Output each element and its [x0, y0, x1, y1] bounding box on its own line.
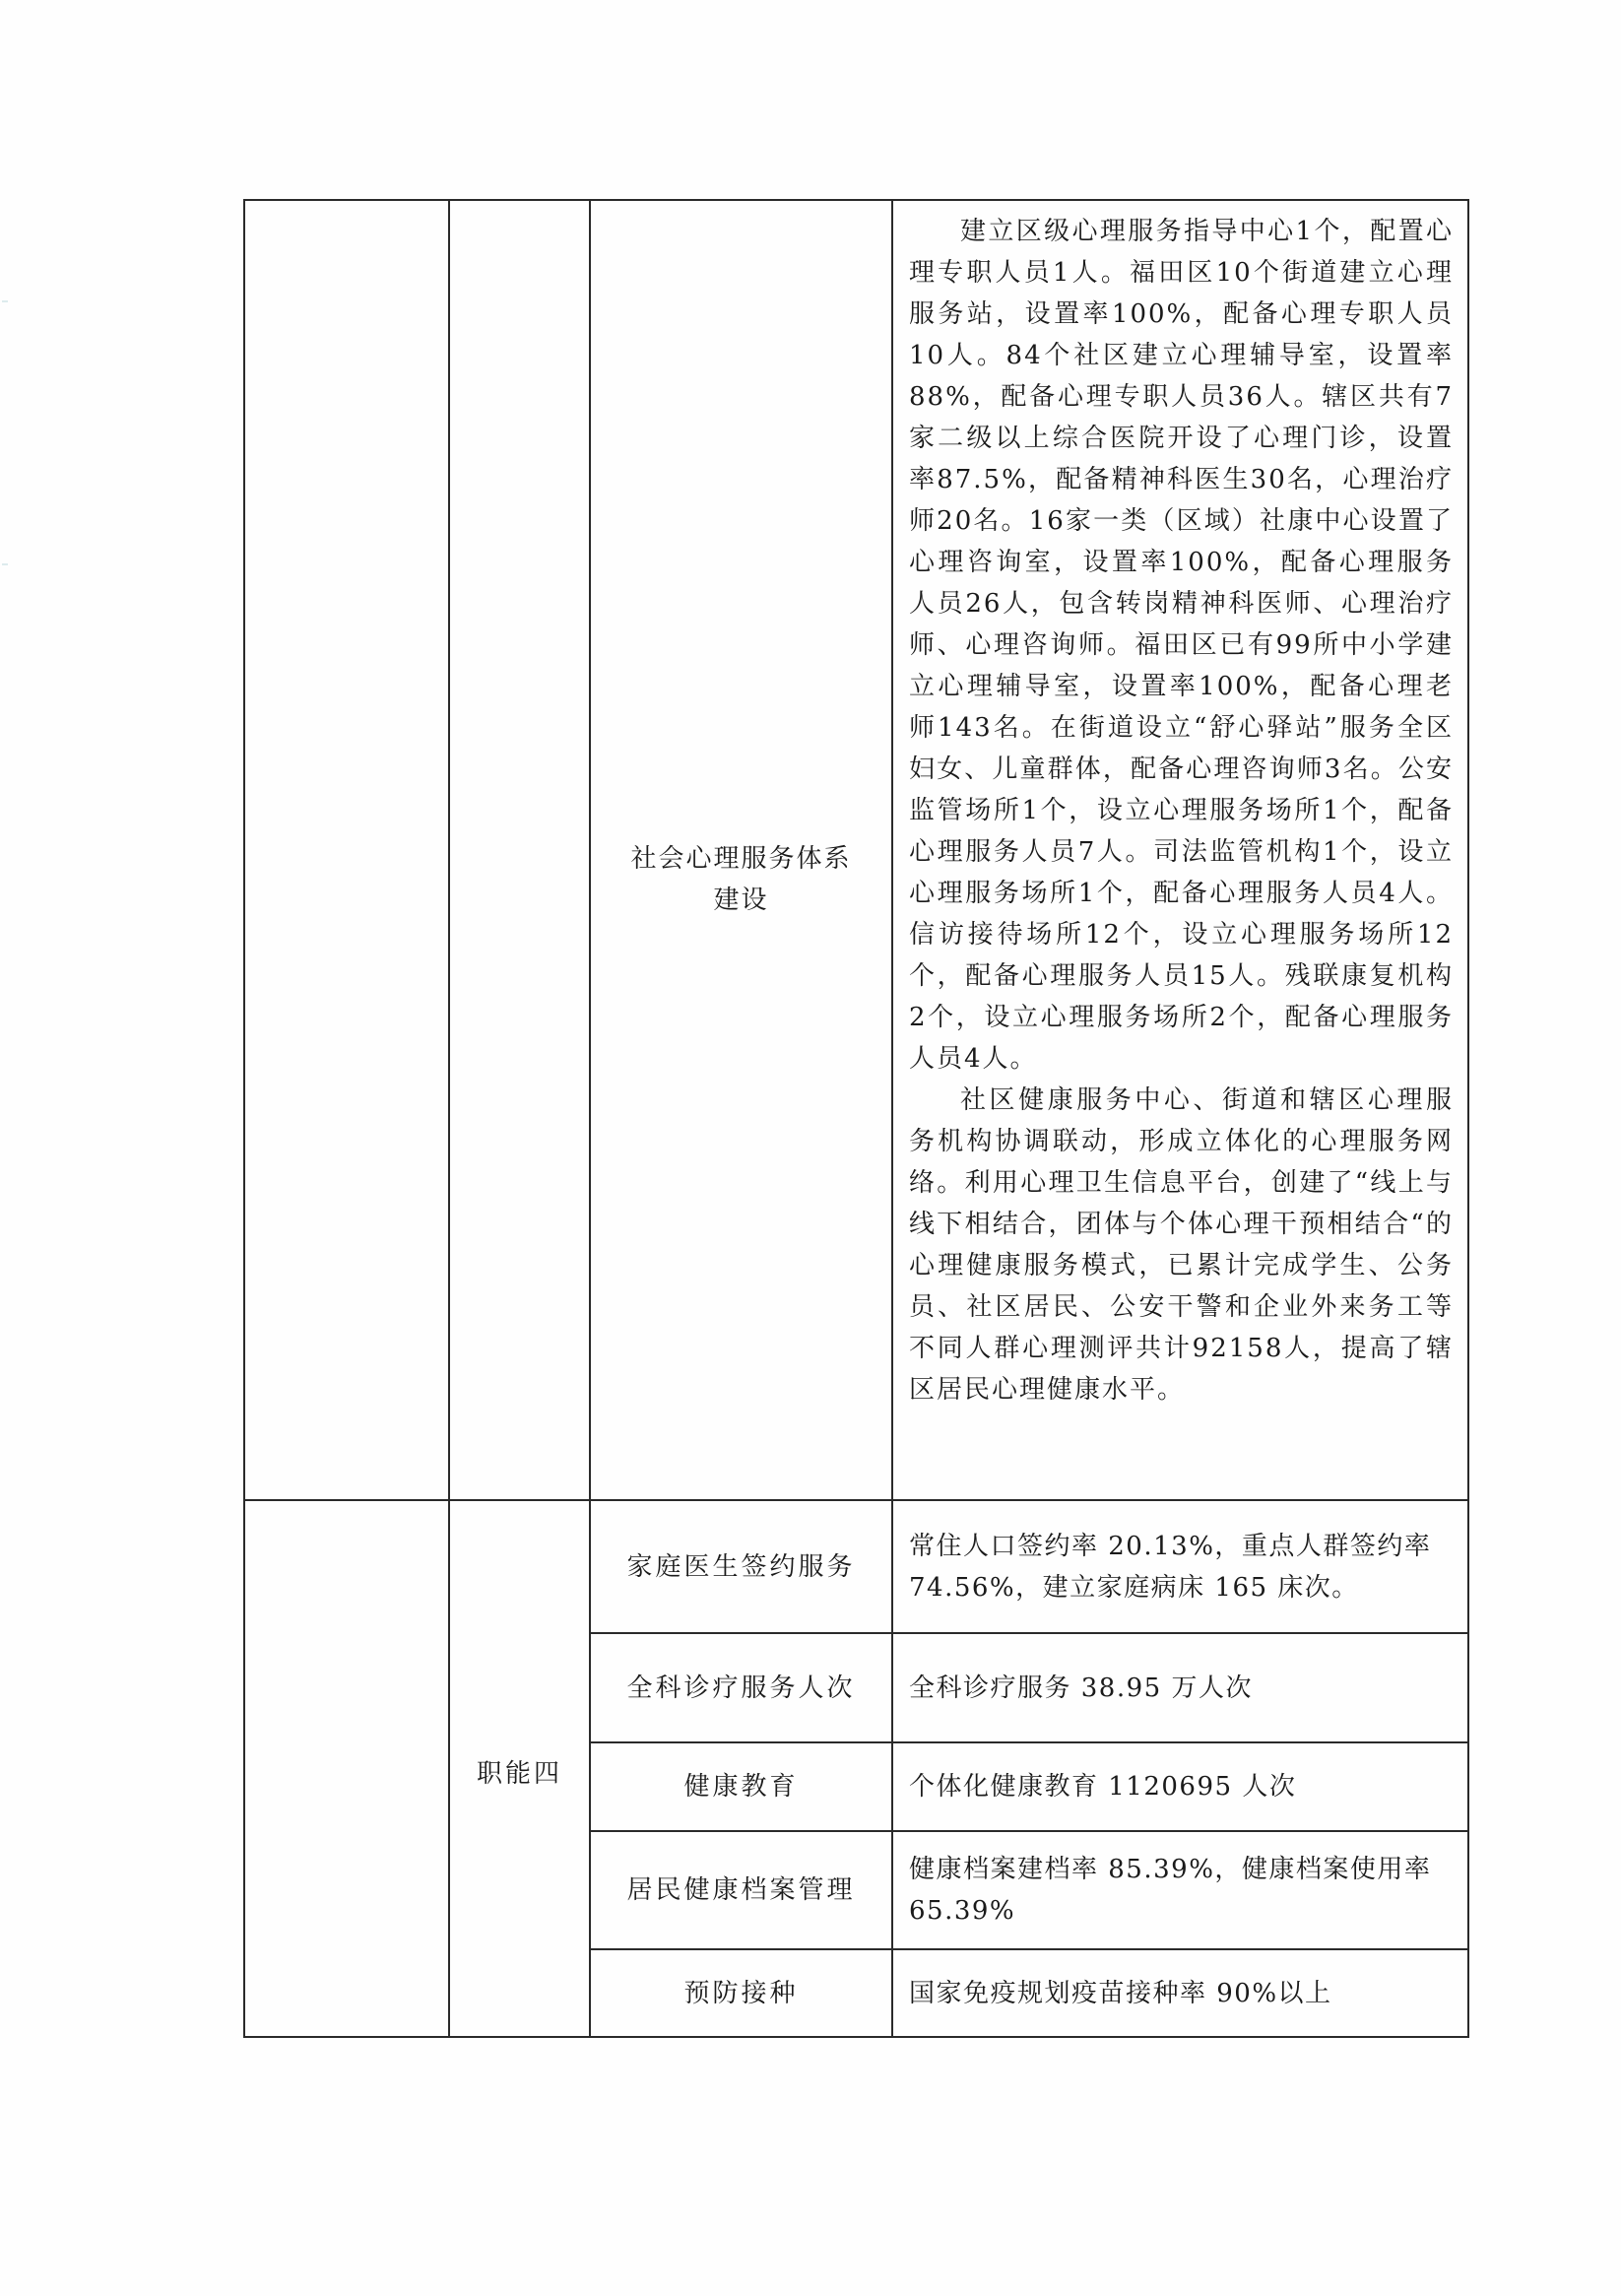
- item-cell: 居民健康档案管理: [590, 1831, 892, 1949]
- item-label: 社会心理服务体系 建设: [630, 838, 851, 921]
- item-cell: 全科诊疗服务人次: [590, 1633, 892, 1742]
- item-label: 全科诊疗服务人次: [626, 1673, 855, 1703]
- category-cell: [244, 1500, 449, 2037]
- item-cell: 家庭医生签约服务: [590, 1500, 892, 1633]
- value-cell: 个体化健康教育 1120695 人次: [892, 1742, 1468, 1831]
- item-value: 健康档案建档率 85.39%，健康档案使用率 65.39%: [909, 1855, 1431, 1926]
- item-label-line-2: 建设: [713, 886, 768, 915]
- item-label-line-1: 社会心理服务体系: [630, 844, 851, 874]
- table-row: 社会心理服务体系 建设 建立区级心理服务指导中心1个，配置心理专职人员1人。福田…: [244, 200, 1468, 1500]
- performance-table: 社会心理服务体系 建设 建立区级心理服务指导中心1个，配置心理专职人员1人。福田…: [243, 199, 1469, 2038]
- value-cell: 常住人口签约率 20.13%，重点人群签约率 74.56%，建立家庭病床 165…: [892, 1500, 1468, 1633]
- item-label: 预防接种: [683, 1979, 798, 2008]
- item-label: 家庭医生签约服务: [626, 1552, 855, 1582]
- item-value: 国家免疫规划疫苗接种率 90%以上: [909, 1979, 1332, 2008]
- description-paragraph-2: 社区健康服务中心、街道和辖区心理服务机构协调联动，形成立体化的心理服务网络。利用…: [909, 1080, 1454, 1410]
- item-value: 个体化健康教育 1120695 人次: [909, 1772, 1296, 1802]
- item-value: 全科诊疗服务 38.95 万人次: [909, 1673, 1253, 1703]
- item-cell: 预防接种: [590, 1949, 892, 2037]
- scan-artifact: [2, 563, 8, 565]
- item-cell: 健康教育: [590, 1742, 892, 1831]
- value-cell: 国家免疫规划疫苗接种率 90%以上: [892, 1949, 1468, 2037]
- value-cell: 健康档案建档率 85.39%，健康档案使用率 65.39%: [892, 1831, 1468, 1949]
- function-cell: [449, 200, 590, 1500]
- value-cell: 全科诊疗服务 38.95 万人次: [892, 1633, 1468, 1742]
- document-page: 社会心理服务体系 建设 建立区级心理服务指导中心1个，配置心理专职人员1人。福田…: [0, 0, 1621, 2296]
- item-label: 居民健康档案管理: [626, 1875, 855, 1905]
- description-paragraph-1: 建立区级心理服务指导中心1个，配置心理专职人员1人。福田区10个街道建立心理服务…: [909, 211, 1454, 1080]
- category-cell: [244, 200, 449, 1500]
- scan-artifact: [2, 300, 8, 302]
- function-label: 职能四: [477, 1753, 562, 1795]
- table-row: 职能四 家庭医生签约服务 常住人口签约率 20.13%，重点人群签约率 74.5…: [244, 1500, 1468, 1633]
- function-cell: 职能四: [449, 1500, 590, 2037]
- description-cell: 建立区级心理服务指导中心1个，配置心理专职人员1人。福田区10个街道建立心理服务…: [892, 200, 1468, 1500]
- item-label: 健康教育: [683, 1772, 798, 1802]
- item-value: 常住人口签约率 20.13%，重点人群签约率 74.56%，建立家庭病床 165…: [909, 1532, 1431, 1603]
- item-cell: 社会心理服务体系 建设: [590, 200, 892, 1500]
